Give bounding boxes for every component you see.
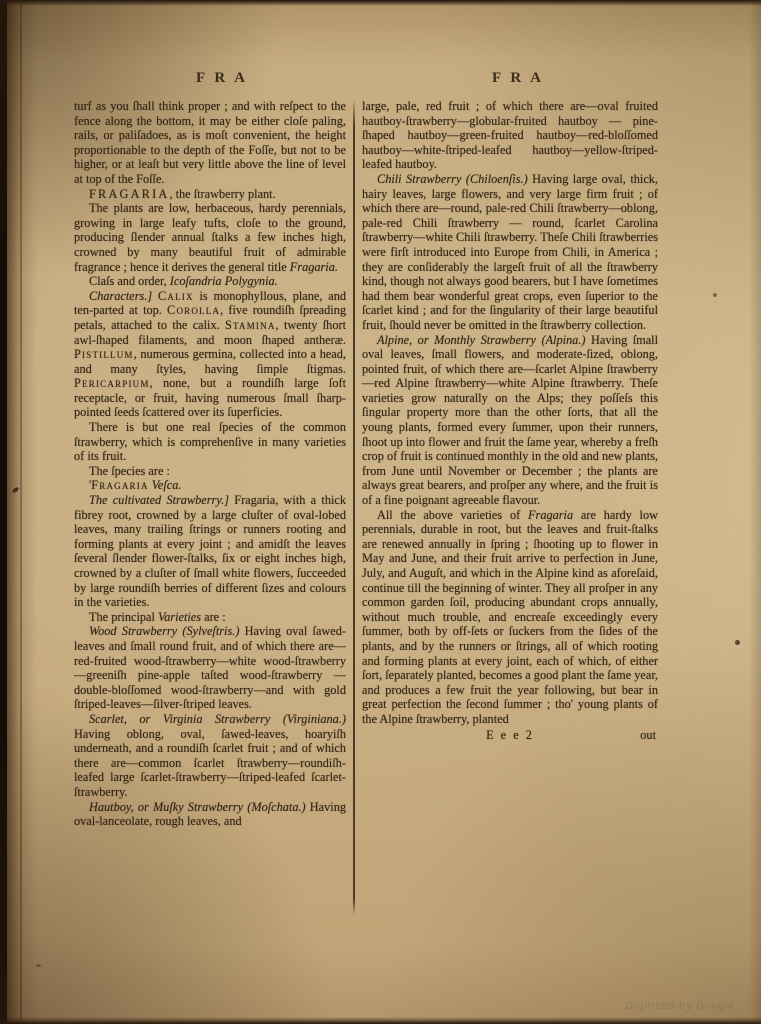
text-segment: Hautboy, or Muſky Strawberry (Moſchata.)	[89, 800, 306, 814]
signature-mark: E e e 2	[486, 728, 534, 742]
paragraph: The ſpecies are :	[74, 464, 346, 479]
paragraph: 'Fragaria Veſca.	[74, 478, 346, 493]
text-segment: Having ſmall oval leaves, ſmall flowers,…	[362, 333, 658, 508]
paragraph: Chili Strawberry (Chiloenſis.) Having la…	[362, 172, 658, 333]
paragraph: All the above varieties of Fragaria are …	[362, 508, 658, 727]
ink-speck	[36, 964, 41, 967]
page-edge-right	[749, 0, 761, 1024]
text-segment: Veſca.	[152, 478, 182, 492]
paragraph: turf as you ſhall think proper ; and wit…	[74, 99, 346, 187]
running-header-left: F R A	[74, 70, 370, 87]
paragraph: Alpine, or Monthly Strawberry (Alpina.) …	[362, 333, 658, 508]
page-edge-top	[0, 0, 761, 6]
text-segment: FRAGARIA	[89, 187, 169, 201]
text-segment: Wood Strawberry (Sylveſtris.)	[89, 624, 239, 638]
paragraph: The plants are low, herbaceous, hardy pe…	[74, 201, 346, 274]
paragraph: The cultivated Strawberry.] Fragaria, wi…	[74, 493, 346, 610]
signature-line: E e e 2 out	[362, 728, 658, 743]
text-columns: turf as you ſhall think proper ; and wit…	[74, 99, 666, 915]
text-segment: Pericarpium	[74, 376, 150, 390]
text-segment: There is but one real ſpecies of the com…	[74, 420, 346, 463]
text-segment: The principal	[89, 610, 158, 624]
page-content: F R A F R A turf as you ſhall think prop…	[74, 70, 666, 915]
running-header: F R A F R A	[74, 70, 666, 87]
text-segment: Scarlet, or Virginia Strawberry (Virgini…	[89, 712, 346, 726]
text-segment: are :	[201, 610, 226, 624]
text-segment: Fragaria, with a thick fibrey root, crow…	[74, 493, 346, 609]
text-segment: are hardy low perennials, durable in roo…	[362, 508, 658, 726]
text-segment: Fragaria	[528, 508, 573, 522]
text-segment: Characters.]	[89, 289, 152, 303]
text-segment: Claſs and order,	[89, 274, 170, 288]
text-segment: Having large oval, thick, hairy leaves, …	[362, 172, 658, 332]
google-watermark: Digitized by Google	[626, 1001, 735, 1012]
paragraph: Wood Strawberry (Sylveſtris.) Having ova…	[74, 624, 346, 712]
text-segment: Fragaria	[91, 478, 148, 492]
catchword: out	[640, 728, 656, 743]
text-segment: The cultivated Strawberry.]	[89, 493, 229, 507]
binding-crease	[20, 0, 22, 1024]
paragraph: There is but one real ſpecies of the com…	[74, 420, 346, 464]
text-segment: Chili Strawberry (Chiloenſis.)	[377, 172, 528, 186]
binding-gutter-shadow	[7, 0, 37, 1024]
paragraph: FRAGARIA, the ſtrawberry plant.	[74, 187, 346, 202]
text-segment: Having oblong, oval, ſawed-leaves, hoary…	[74, 727, 346, 799]
text-column-right: large, pale, red fruit ; of which there …	[362, 99, 658, 915]
ink-speck	[735, 640, 740, 645]
paragraph: The principal Varieties are :	[74, 610, 346, 625]
text-segment: , the ſtrawberry plant.	[169, 187, 275, 201]
text-segment: The ſpecies are :	[89, 464, 170, 478]
text-segment: turf as you ſhall think proper ; and wit…	[74, 99, 346, 186]
text-segment: All the above varieties of	[377, 508, 528, 522]
text-segment: Icoſandria Polygynia.	[170, 274, 278, 288]
paragraph: Claſs and order, Icoſandria Polygynia.	[74, 274, 346, 289]
paragraph: Scarlet, or Virginia Strawberry (Virgini…	[74, 712, 346, 800]
ink-speck	[11, 486, 19, 493]
ink-speck	[713, 293, 717, 297]
text-column-right-body: large, pale, red fruit ; of which there …	[362, 99, 658, 727]
text-column-left: turf as you ſhall think proper ; and wit…	[74, 99, 346, 915]
paragraph: large, pale, red fruit ; of which there …	[362, 99, 658, 172]
book-page-scan: F R A F R A turf as you ſhall think prop…	[0, 0, 761, 1024]
page-edge-left	[0, 0, 7, 1024]
text-segment: Varieties	[158, 610, 201, 624]
running-header-right: F R A	[370, 70, 666, 87]
text-segment: Alpine, or Monthly Strawberry (Alpina.)	[377, 333, 586, 347]
paragraph: Characters.] Calix is monophyllous, plan…	[74, 289, 346, 420]
page-edge-bottom	[0, 1017, 761, 1024]
text-segment: Stamina	[225, 318, 276, 332]
text-segment: Fragaria.	[290, 260, 338, 274]
text-segment: large, pale, red fruit ; of which there …	[362, 99, 658, 171]
text-segment: Calix	[158, 289, 194, 303]
paragraph: Hautboy, or Muſky Strawberry (Moſchata.)…	[74, 800, 346, 829]
text-segment: Pistillum	[74, 347, 134, 361]
text-segment: Corolla	[167, 303, 220, 317]
column-divider-rule	[353, 101, 355, 915]
